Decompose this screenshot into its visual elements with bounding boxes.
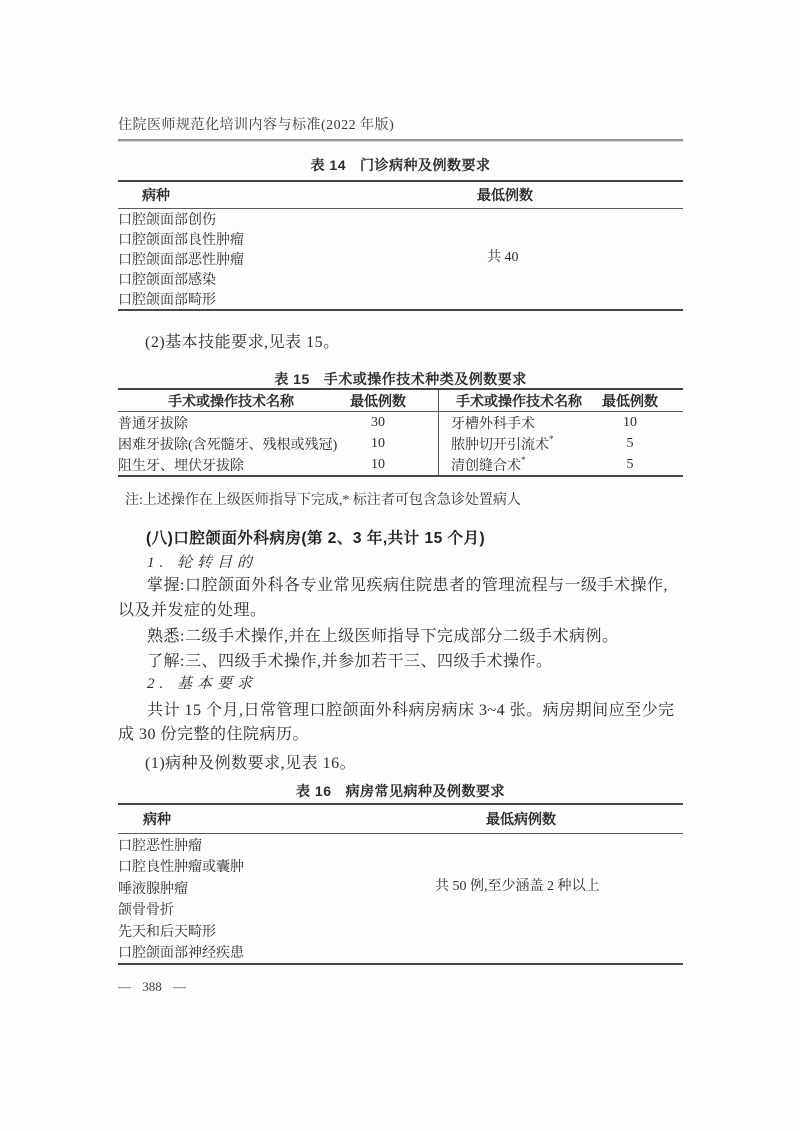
disease-name: 口腔颌面部神经疾患	[118, 942, 244, 962]
table15-label: 表 15	[274, 371, 309, 387]
table14-row: 口腔颌面部感染	[118, 269, 683, 289]
header-rule	[118, 139, 683, 142]
table16-title: 表 16病房常见病种及例数要求	[118, 781, 683, 801]
procedure-name: 牙槽外科手术	[439, 413, 587, 433]
table15-right-name-header: 手术或操作技术名称	[439, 391, 587, 411]
table14-row: 口腔颌面部恶性肿瘤	[118, 249, 683, 269]
paragraph-master-line2: 以及并发症的处理。	[118, 597, 267, 620]
table15-row: 阻生牙、埋伏牙拔除 10 清创缝合术* 5	[118, 454, 683, 475]
paragraph-requirement-line1: 共计 15 个月,日常管理口腔颌面外科病房病床 3~4 张。病房期间应至少完	[147, 697, 675, 720]
procedure-count: 10	[344, 457, 412, 473]
table15-title-text: 手术或操作技术种类及例数要求	[324, 371, 527, 387]
running-head: 住院医师规范化培训内容与标准(2022 年版)	[118, 114, 394, 134]
table16-row: 颌骨骨折	[118, 899, 683, 921]
table14-title-text: 门诊病种及例数要求	[360, 157, 491, 173]
procedure-count: 10	[344, 436, 412, 452]
table14-merged-case-count: 共 40	[487, 248, 519, 268]
section-heading: (八)口腔颌面外科病房(第 2、3 年,共计 15 个月)	[146, 526, 485, 548]
subheading-basic-requirement: 2. 基本要求	[147, 672, 257, 693]
procedure-count: 10	[587, 415, 673, 431]
disease-name: 口腔良性肿瘤或囊肿	[118, 856, 244, 876]
table15-right-value-header: 最低例数	[587, 391, 673, 411]
procedure-count: 5	[587, 436, 673, 452]
table14-col2-header: 最低例数	[445, 182, 565, 208]
table16-col1-header: 病种	[118, 809, 171, 829]
table16-col2-header: 最低病例数	[461, 805, 581, 833]
table15: 手术或操作技术名称 最低例数 手术或操作技术名称 最低例数 普通牙拔除 30 牙…	[118, 388, 683, 477]
table15-title: 表 15手术或操作技术种类及例数要求	[118, 369, 683, 389]
page-number: — 388 —	[118, 979, 186, 995]
procedure-name: 清创缝合术*	[439, 455, 587, 475]
table14-row: 口腔颌面部畸形	[118, 289, 683, 309]
paragraph-disease-requirement: (1)病种及例数要求,见表 16。	[145, 750, 356, 773]
procedure-name: 普通牙拔除	[118, 413, 344, 433]
procedure-count: 30	[344, 415, 412, 431]
table16-merged-case-count: 共 50 例,至少涵盖 2 种以上	[435, 876, 600, 898]
paragraph-understand: 了解:三、四级手术操作,并参加若干三、四级手术操作。	[147, 648, 552, 671]
table15-header-row: 手术或操作技术名称 最低例数 手术或操作技术名称 最低例数	[118, 390, 683, 412]
disease-name: 先天和后天畸形	[118, 921, 216, 941]
disease-name: 口腔颌面部恶性肿瘤	[118, 249, 244, 269]
table16-row: 先天和后天畸形	[118, 920, 683, 942]
paragraph-basic-skill: (2)基本技能要求,见表 15。	[145, 329, 340, 352]
table16-row: 口腔颌面部神经疾患	[118, 942, 683, 964]
table16-row: 口腔恶性肿瘤	[118, 834, 683, 856]
disease-name: 口腔颌面部感染	[118, 269, 216, 289]
disease-name: 口腔颌面部良性肿瘤	[118, 229, 244, 249]
table16-header-row: 病种 最低病例数	[118, 805, 683, 834]
table14-header-row: 病种 最低例数	[118, 182, 683, 209]
disease-name: 唾液腺肿瘤	[118, 878, 188, 898]
paragraph-requirement-line2: 成 30 份完整的住院病历。	[118, 721, 309, 744]
table16-label: 表 16	[296, 783, 331, 799]
procedure-name: 阻生牙、埋伏牙拔除	[118, 455, 344, 475]
table16-title-text: 病房常见病种及例数要求	[345, 783, 505, 799]
table15-left-name-header: 手术或操作技术名称	[118, 391, 344, 411]
procedure-name: 困难牙拔除(含死髓牙、残根或残冠)	[118, 434, 344, 454]
table14-label: 表 14	[311, 157, 346, 173]
table15-row: 普通牙拔除 30 牙槽外科手术 10	[118, 412, 683, 433]
table16-row: 口腔良性肿瘤或囊肿	[118, 856, 683, 878]
document-page: 住院医师规范化培训内容与标准(2022 年版) 表 14门诊病种及例数要求 病种…	[0, 0, 800, 1131]
table14-col1-header: 病种	[118, 185, 170, 205]
table14: 病种 最低例数 口腔颌面部创伤 口腔颌面部良性肿瘤 口腔颌面部恶性肿瘤 口腔颌面…	[118, 180, 683, 311]
table15-left-value-header: 最低例数	[344, 391, 412, 411]
table14-row: 口腔颌面部良性肿瘤	[118, 229, 683, 249]
table16: 病种 最低病例数 口腔恶性肿瘤 口腔良性肿瘤或囊肿 唾液腺肿瘤 颌骨骨折 先天和…	[118, 803, 683, 965]
table15-row: 困难牙拔除(含死髓牙、残根或残冠) 10 脓肿切开引流术* 5	[118, 433, 683, 454]
disease-name: 口腔恶性肿瘤	[118, 835, 202, 855]
procedure-name: 脓肿切开引流术*	[439, 434, 587, 454]
table15-footnote: 注:上述操作在上级医师指导下完成,* 标注者可包含急诊处置病人	[125, 489, 521, 509]
paragraph-familiar: 熟悉:二级手术操作,并在上级医师指导下完成部分二级手术病例。	[147, 623, 618, 646]
table14-row: 口腔颌面部创伤	[118, 209, 683, 229]
paragraph-master-line1: 掌握:口腔颌面外科各专业常见疾病住院患者的管理流程与一级手术操作,	[147, 572, 668, 595]
disease-name: 颌骨骨折	[118, 899, 174, 919]
asterisk-mark: *	[521, 455, 526, 465]
procedure-count: 5	[587, 457, 673, 473]
disease-name: 口腔颌面部畸形	[118, 289, 216, 309]
disease-name: 口腔颌面部创伤	[118, 209, 216, 229]
asterisk-mark: *	[549, 434, 554, 444]
table14-title: 表 14门诊病种及例数要求	[118, 155, 683, 175]
subheading-rotation-purpose: 1. 轮转目的	[147, 551, 257, 572]
